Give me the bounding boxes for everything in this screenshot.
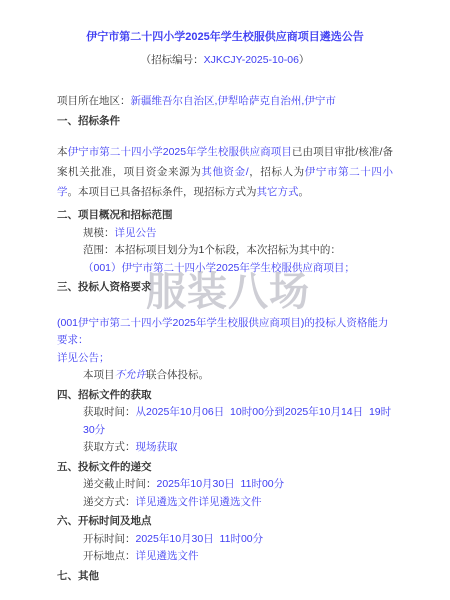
section-heading-tender-conditions: 一、招标条件 (57, 113, 393, 131)
acquisition-time-label: 获取时间： (83, 406, 136, 418)
tender-number-suffix: ） (299, 54, 310, 66)
project-location-line: 项目所在地区：新疆维吾尔自治区,伊犁哈萨克自治州,伊宁市 (57, 93, 393, 111)
project-name-link: 伊宁市第二十四小学2025年学生校服供应商项目 (68, 146, 292, 158)
tender-announcement-document: 伊宁市第二十四小学2025年学生校服供应商项目遴选公告 （招标编号：XJKCJY… (0, 0, 450, 585)
tender-method-value: 其它方式 (257, 186, 299, 198)
qualification-detail-line: 详见公告； (57, 350, 393, 368)
joint-bid-suffix: 联合体投标。 (146, 369, 209, 381)
scale-label: 规模： (83, 227, 115, 239)
opening-time-label: 开标时间： (83, 533, 136, 545)
qualification-requirement-line: (001伊宁市第二十四小学2025年学生校服供应商项目)的投标人资格能力要求： (57, 315, 393, 350)
scale-value: 详见公告 (115, 227, 157, 239)
qualification-detail-text: 详见公告； (57, 352, 110, 364)
section-heading-bid-opening: 六、开标时间及地点 (57, 513, 393, 531)
section-heading-bid-submission: 五、投标文件的递交 (57, 459, 393, 477)
tender-number: XJKCJY-2025-10-06 (204, 54, 299, 66)
project-location-label: 项目所在地区： (57, 95, 131, 107)
submission-method-line: 递交方式：详见遴选文件详见遴选文件 (57, 494, 393, 512)
joint-bid-prefix: 本项目 (83, 369, 115, 381)
acquisition-method-line: 获取方式：现场获取 (57, 439, 393, 457)
scope-label: 范围： (83, 244, 115, 256)
submission-deadline-label: 递交截止时间： (83, 478, 157, 490)
submission-deadline-value: 2025年10月30日 11时00分 (157, 478, 285, 490)
lot-item-value: （001）伊宁市第二十四小学2025年学生校服供应商项目； (83, 262, 355, 274)
joint-bid-line: 本项目不允许联合体投标。 (57, 367, 393, 385)
section-heading-project-overview: 二、项目概况和招标范围 (57, 207, 393, 225)
opening-time-value: 2025年10月30日 11时00分 (136, 533, 264, 545)
opening-place-label: 开标地点： (83, 550, 136, 562)
submission-method-label: 递交方式： (83, 496, 136, 508)
opening-place-value: 详见遴选文件 (136, 550, 199, 562)
acquisition-method-value: 现场获取 (136, 441, 178, 453)
condition-text: 。 (299, 186, 310, 198)
submission-method-value: 详见遴选文件详见遴选文件 (136, 496, 262, 508)
condition-text: 。本项目已具备招标条件，现招标方式为 (68, 186, 257, 198)
section-heading-document-acquisition: 四、招标文件的获取 (57, 387, 393, 405)
section-heading-other: 七、其他 (57, 568, 393, 586)
acquisition-method-label: 获取方式： (83, 441, 136, 453)
project-location-value: 新疆维吾尔自治区,伊犁哈萨克自治州,伊宁市 (131, 95, 336, 107)
joint-bid-not-allowed: 不允许 (115, 369, 147, 381)
scope-value: 本招标项目划分为1个标段，本次招标为其中的： (115, 244, 341, 256)
condition-text: 本 (57, 146, 68, 158)
blank-space (57, 297, 393, 315)
opening-place-line: 开标地点：详见遴选文件 (57, 548, 393, 566)
scale-line: 规模：详见公告 (57, 225, 393, 243)
acquisition-time-line: 获取时间：从2025年10月06日 10时00分到2025年10月14日 19时… (57, 404, 393, 439)
funding-source-value: 其他资金/ (201, 166, 248, 178)
lot-item-line: （001）伊宁市第二十四小学2025年学生校服供应商项目； (57, 260, 393, 278)
tender-conditions-paragraph: 本伊宁市第二十四小学2025年学生校服供应商项目已由项目审批/核准/备案机关批准… (57, 142, 393, 202)
scope-line: 范围：本招标项目划分为1个标段，本次招标为其中的： (57, 242, 393, 260)
tender-number-prefix: （招标编号： (141, 54, 204, 66)
opening-time-line: 开标时间：2025年10月30日 11时00分 (57, 531, 393, 549)
tender-number-line: （招标编号：XJKCJY-2025-10-06） (57, 53, 393, 67)
page-title: 伊宁市第二十四小学2025年学生校服供应商项目遴选公告 (57, 30, 393, 45)
condition-text: ，招标人为 (249, 166, 305, 178)
submission-deadline-line: 递交截止时间：2025年10月30日 11时00分 (57, 476, 393, 494)
section-heading-bidder-qualification: 三、投标人资格要求 (57, 279, 393, 297)
qualification-requirement-text: (001伊宁市第二十四小学2025年学生校服供应商项目)的投标人资格能力要求： (57, 317, 388, 347)
